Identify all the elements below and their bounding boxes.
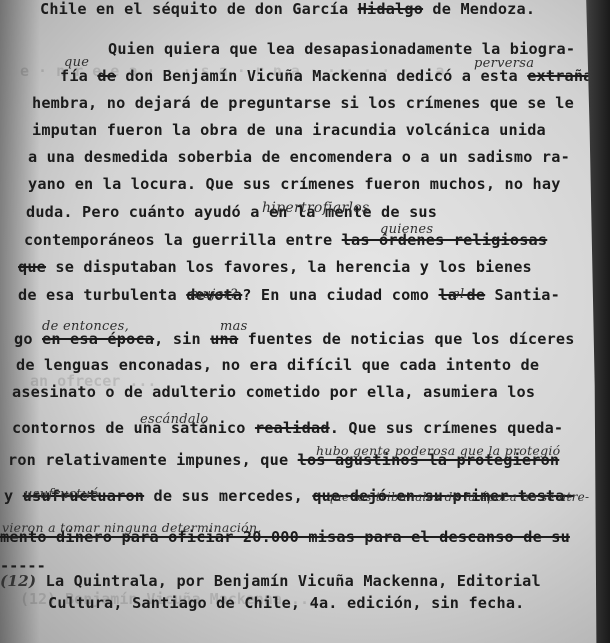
text-line: yano en la locura. Que sus crímenes fuer…: [28, 175, 561, 193]
text-line: que se disputaban los favores, la herenc…: [18, 258, 532, 276]
text-line: Chile en el séquito de don García Hidalg…: [40, 0, 535, 18]
typed-text: de lenguas enconadas, no era difícil que…: [16, 356, 539, 374]
footnote-line-1: La Quintrala, por Benjamín Vicuña Macken…: [46, 572, 541, 590]
typed-text: de Mendoza.: [423, 0, 535, 18]
text-line: hembra, no dejará de preguntarse si los …: [32, 94, 574, 112]
text-line: asesinato o de adulterio cometido por el…: [12, 383, 535, 401]
typed-text: contornos de una satánico: [12, 419, 255, 437]
typed-text: imputan fueron la obra de una iracundia …: [32, 121, 546, 139]
handwritten-correction: perversa: [474, 56, 534, 71]
page-fold: [576, 0, 610, 643]
footnote-line-2: Cultura, Santiago de Chile, 4a. edición,…: [48, 594, 525, 612]
typed-text: go: [14, 330, 42, 348]
struck-text: las órdenes religiosas: [342, 231, 548, 249]
text-line: contemporáneos la guerrilla entre las ór…: [24, 231, 547, 249]
typed-text: . Que sus crímenes queda-: [330, 419, 564, 437]
handwritten-correction: hubo gente poderosa que la protegió: [316, 443, 561, 458]
typed-text: yano en la locura. Que sus crímenes fuer…: [28, 175, 561, 193]
typed-text: ron relativamente impunes, que: [8, 451, 298, 469]
handwritten-correction: el: [452, 287, 464, 302]
struck-text: Hidalgo: [358, 0, 423, 18]
typed-text: Chile en el séquito de don García: [40, 0, 358, 18]
text-line: de lenguas enconadas, no era difícil que…: [16, 356, 539, 374]
struck-text: extraña: [527, 67, 592, 85]
handwritten-correction: escándalo: [140, 412, 209, 427]
typed-text: Santia-: [485, 286, 560, 304]
typed-text: de sus mercedes,: [144, 487, 312, 505]
handwritten-correction: mujer?: [190, 287, 237, 302]
handwritten-correction: vieron a tomar ninguna determinación,: [2, 520, 262, 535]
typed-text: hembra, no dejará de preguntarse si los …: [32, 94, 574, 112]
typed-text: y: [4, 487, 23, 505]
text-line: de esa turbulenta devota? En una ciudad …: [18, 286, 560, 304]
typed-text: contemporáneos la guerrilla entre: [24, 231, 342, 249]
typed-text: don Benjamín Vicuña Mackenna dedicó a es…: [116, 67, 527, 85]
text-line: contornos de una satánico realidad. Que …: [12, 419, 563, 437]
handwritten-correction: de entonces,: [42, 319, 129, 334]
handwritten-correction: quienes: [380, 222, 433, 237]
footnote-number: (12): [0, 572, 36, 590]
struck-text: de: [97, 67, 116, 85]
handwritten-correction: que los tribunales de la época no se atr…: [326, 490, 589, 504]
struck-text: realidad: [255, 419, 330, 437]
struck-text: que: [18, 258, 46, 276]
typed-text: ? En una ciudad como: [242, 286, 438, 304]
typed-text: de esa turbulenta: [18, 286, 186, 304]
handwritten-correction: que: [64, 55, 89, 70]
handwritten-insertion: hipertrofiarlos: [262, 200, 369, 216]
text-line: a una desmedida soberbia de encomendera …: [28, 148, 570, 166]
typewritten-page: e · n r e e a · · · s a · r n a · · · · …: [0, 0, 610, 643]
typed-text: duda. Pero cuánto ayudó a: [26, 203, 269, 221]
text-line: duda. Pero cuánto ayudó a en la mente de…: [26, 203, 437, 221]
text-line: imputan fueron la obra de una iracundia …: [32, 121, 546, 139]
footnote: (12) La Quintrala, por Benjamín Vicuña M…: [0, 572, 541, 590]
typed-text: se disputaban los favores, la herencia y…: [46, 258, 532, 276]
handwritten-correction: usufructuó: [24, 487, 99, 502]
typed-text: fuentes de noticias que los díceres: [238, 330, 574, 348]
typed-text: , sin: [154, 330, 210, 348]
handwritten-correction: mas: [220, 319, 248, 334]
typed-text: a una desmedida soberbia de encomendera …: [28, 148, 570, 166]
typed-text: asesinato o de adulterio cometido por el…: [12, 383, 535, 401]
